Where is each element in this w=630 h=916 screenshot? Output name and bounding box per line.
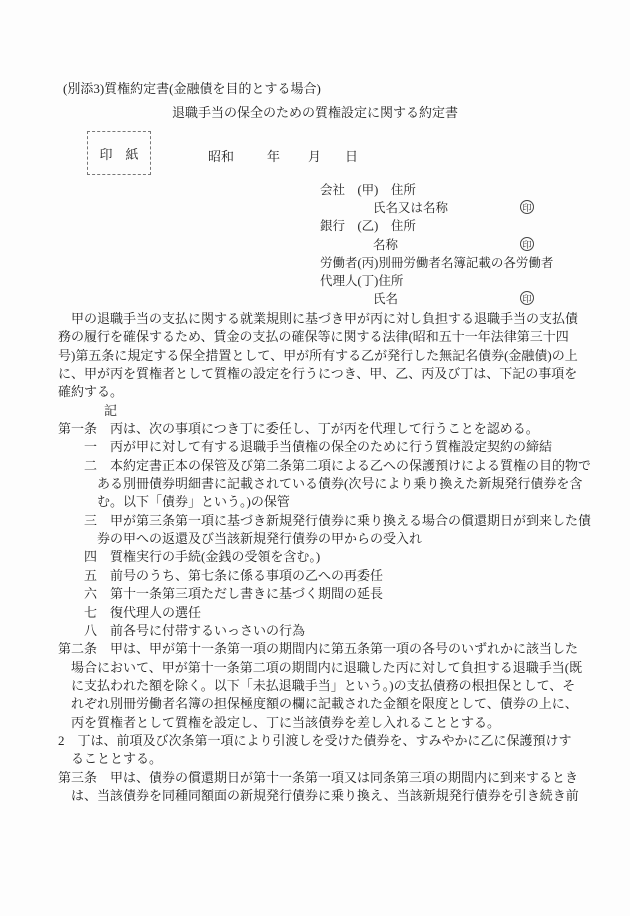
party-agent: 代理人(丁)住所 [320,272,553,290]
party-bank-name: 名称 印 [320,236,553,254]
article-2-para-2-line: ることとする。 [58,750,591,768]
document-page: (別添3)質権約定書(金融債を目的とする場合) 退職手当の保全のための質権設定に… [0,0,630,916]
party-bank: 銀行 (乙) 住所 [320,217,553,235]
stamp-char-1: 印 [99,144,112,163]
ki-marker: 記 [58,402,591,420]
article-1-item-wrap: む。以下「債券」という。)の保管 [58,493,591,511]
date-line: 昭和 年 月 日 [208,146,368,162]
article-3-line: は、当該債券を同種同額面の新規発行債券に乗り換え、当該新規発行債券を引き続き前 [58,787,591,805]
seal-icon: 印 [520,237,534,251]
article-1-heading: 第一条 丙は、次の事項につき丁に委任し、丁が丙を代理して行うことを認める。 [58,420,591,438]
stamp-char-2: 紙 [126,144,139,163]
article-1-item: 四 質権実行の手続(金銭の受領を含む。) [58,548,591,566]
party-agent-name: 氏名 印 [320,290,553,308]
document-body: 甲の退職手当の支払に関する就業規則に基づき甲が丙に対し負担する退職手当の支払債 … [58,310,591,805]
article-1-item-wrap: 券の甲への返還及び当該新規発行債券の甲からの受入れ [58,530,591,548]
era-label: 昭和 [208,146,234,165]
revenue-stamp-box: 印 紙 [87,131,151,175]
article-2-line: 丙を質権者として質権を設定し、丁に当該債券を差し入れることとする。 [58,714,591,732]
party-company: 会社 (甲) 住所 [320,181,553,199]
bank-name-label: 名称 [373,238,398,252]
article-1-item: 五 前号のうち、第七条に係る事項の乙への再委任 [58,567,591,585]
article-3-line: 第三条 甲は、債券の償還期日が第十一条第一項又は同条第三項の期間内に到来するとき [58,769,591,787]
article-1-item: 三 甲が第三条第一項に基づき新規発行債券に乗り換える場合の償還期日が到来した債 [58,512,591,530]
party-company-name: 氏名又は名称 印 [320,199,553,217]
article-1-item: 六 第十一条第三項ただし書きに基づく期間の延長 [58,585,591,603]
attachment-label: (別添3)質権約定書(金融債を目的とする場合) [63,78,321,97]
intro-line: 号)第五条に規定する保全措置として、甲が所有する乙が発行した無記名債券(金融債)… [58,347,591,365]
intro-line: 確約する。 [58,383,591,401]
intro-line: 務の履行を確保するため、賃金の支払の確保等に関する法律(昭和五十一年法律第三十四 [58,328,591,346]
party-workers: 労働者(丙)別冊労働者名簿記載の各労働者 [320,254,553,272]
article-2-para-2-line: 2 丁は、前項及び次条第一項により引渡しを受けた債券を、すみやかに乙に保護預けす [58,732,591,750]
article-2-line: れぞれ別冊労働者名簿の担保極度額の欄に記載された金額を限度として、債券の上に、 [58,695,591,713]
company-name-label: 氏名又は名称 [373,201,448,215]
article-1-item: 八 前各号に付帯するいっさいの行為 [58,622,591,640]
article-2-line: 場合において、甲が第十一条第二項の期間内に退職した丙に対して負担する退職手当(既 [58,659,591,677]
seal-icon: 印 [520,200,534,214]
article-1-item: 七 復代理人の選任 [58,604,591,622]
article-2-line: に支払われた額を除く。以下「未払退職手当」という。)の支払債務の根担保として、そ [58,677,591,695]
year-label: 年 [267,146,280,165]
seal-icon: 印 [520,291,534,305]
article-1-item: 一 丙が甲に対して有する退職手当債権の保全のために行う質権設定契約の締結 [58,438,591,456]
agent-name-label: 氏名 [373,292,398,306]
article-2-line: 第二条 甲は、甲が第十一条第一項の期間内に第五条第一項の各号のいずれかに該当した [58,640,591,658]
intro-line: 甲の退職手当の支払に関する就業規則に基づき甲が丙に対し負担する退職手当の支払債 [58,310,591,328]
parties-block: 会社 (甲) 住所 氏名又は名称 印 銀行 (乙) 住所 名称 印 労働者(丙)… [320,181,553,308]
month-label: 月 [308,146,321,165]
article-1-item-wrap: ある別冊債券明細書に記載されている債券(次号により乗り換えた新規発行債券を含 [58,475,591,493]
intro-line: に、甲が丙を質権者として質権の設定を行うにつき、甲、乙、丙及び丁は、下記の事項を [58,365,591,383]
document-title: 退職手当の保全のための質権設定に関する約定書 [0,102,630,121]
day-label: 日 [345,146,358,165]
article-1-item: 二 本約定書正本の保管及び第二条第二項による乙への保護預けによる質権の目的物で [58,457,591,475]
